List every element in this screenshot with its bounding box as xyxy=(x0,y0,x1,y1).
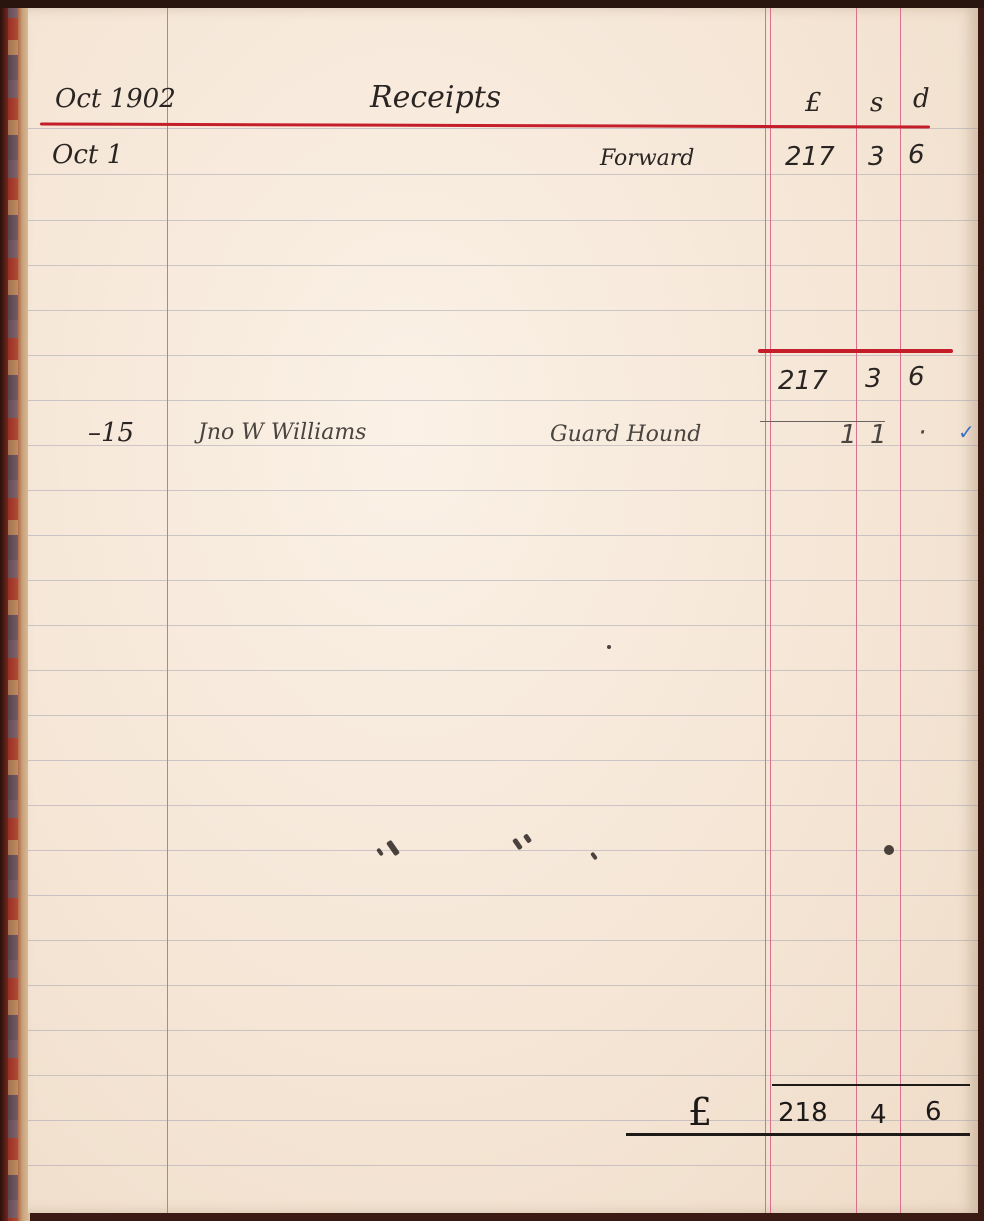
total-top-rule xyxy=(772,1084,970,1086)
entry-shillings: 1 xyxy=(870,420,887,450)
entry-date: –15 xyxy=(88,418,134,448)
ruled-line xyxy=(28,1030,978,1031)
entry-pounds: 217 xyxy=(785,142,835,172)
ruled-line xyxy=(28,1075,978,1076)
entry-pence: 6 xyxy=(908,140,925,170)
ruled-line xyxy=(28,490,978,491)
ruled-line xyxy=(28,670,978,671)
subtotal-pounds: 217 xyxy=(778,366,828,396)
ruled-line xyxy=(28,805,978,806)
total-pounds: 218 xyxy=(778,1098,828,1128)
shillings-column-rule xyxy=(856,8,857,1213)
ruled-line xyxy=(28,174,978,175)
entry-description: Guard Hound xyxy=(550,422,701,447)
ruled-line xyxy=(28,760,978,761)
ruled-line xyxy=(28,220,978,221)
entry-dash-line xyxy=(760,421,885,422)
entry-shillings: 3 xyxy=(868,142,885,172)
pounds-column-rule-left xyxy=(765,8,766,1213)
column-header-pence: d xyxy=(913,84,930,114)
ink-dot xyxy=(607,645,611,649)
total-pence: 6 xyxy=(925,1097,942,1127)
column-header-pounds: £ xyxy=(805,88,822,118)
ruled-line xyxy=(28,940,978,941)
ruled-line xyxy=(28,1120,978,1121)
entry-pounds: 1 xyxy=(840,420,857,450)
ink-blot xyxy=(884,845,894,855)
ruled-line xyxy=(28,895,978,896)
ruled-line xyxy=(28,580,978,581)
ruled-line xyxy=(28,355,978,356)
entry-date: Oct 1 xyxy=(52,140,123,170)
ruled-line xyxy=(28,400,978,401)
ledger-page xyxy=(28,8,978,1213)
ruled-line xyxy=(28,985,978,986)
ruled-line xyxy=(28,265,978,266)
entry-pence: · xyxy=(918,418,926,448)
ruled-line xyxy=(28,715,978,716)
ledger-title: Receipts xyxy=(370,80,501,115)
ruled-line xyxy=(28,625,978,626)
pound-sign-icon: £ xyxy=(688,1090,712,1134)
total-shillings: 4 xyxy=(870,1100,887,1130)
subtotal-pence: 6 xyxy=(908,362,925,392)
ruled-line xyxy=(28,445,978,446)
ruled-line xyxy=(28,535,978,536)
subtotal-shillings: 3 xyxy=(865,364,882,394)
entry-name: Jno W Williams xyxy=(198,420,366,445)
page-top-shadow xyxy=(0,0,984,8)
subtotal-red-rule xyxy=(758,349,953,353)
date-margin-rule xyxy=(167,8,168,1213)
entry-description: Forward xyxy=(600,146,694,171)
check-mark-icon: ✓ xyxy=(958,420,975,444)
pence-column-rule xyxy=(900,8,901,1213)
column-header-shillings: s xyxy=(870,88,883,118)
pounds-column-rule-left-double xyxy=(770,8,771,1213)
book-spine-edge xyxy=(0,0,30,1221)
ruled-line xyxy=(28,1165,978,1166)
ledger-period: Oct 1902 xyxy=(55,84,176,114)
ruled-line xyxy=(28,310,978,311)
total-bottom-rule xyxy=(626,1133,970,1136)
ruled-line xyxy=(28,850,978,851)
